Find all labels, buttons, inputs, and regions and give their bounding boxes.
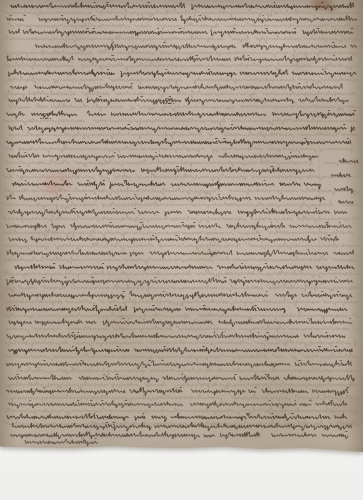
handwriting-overlay: 52.52.: [0, 0, 363, 500]
paper-grain-texture: [0, 0, 363, 456]
letter-scan-scene: 52.52.: [0, 0, 363, 500]
paper-drop-shadow: 52.52.: [0, 0, 363, 460]
letter-paper: 52.52.: [0, 0, 363, 456]
